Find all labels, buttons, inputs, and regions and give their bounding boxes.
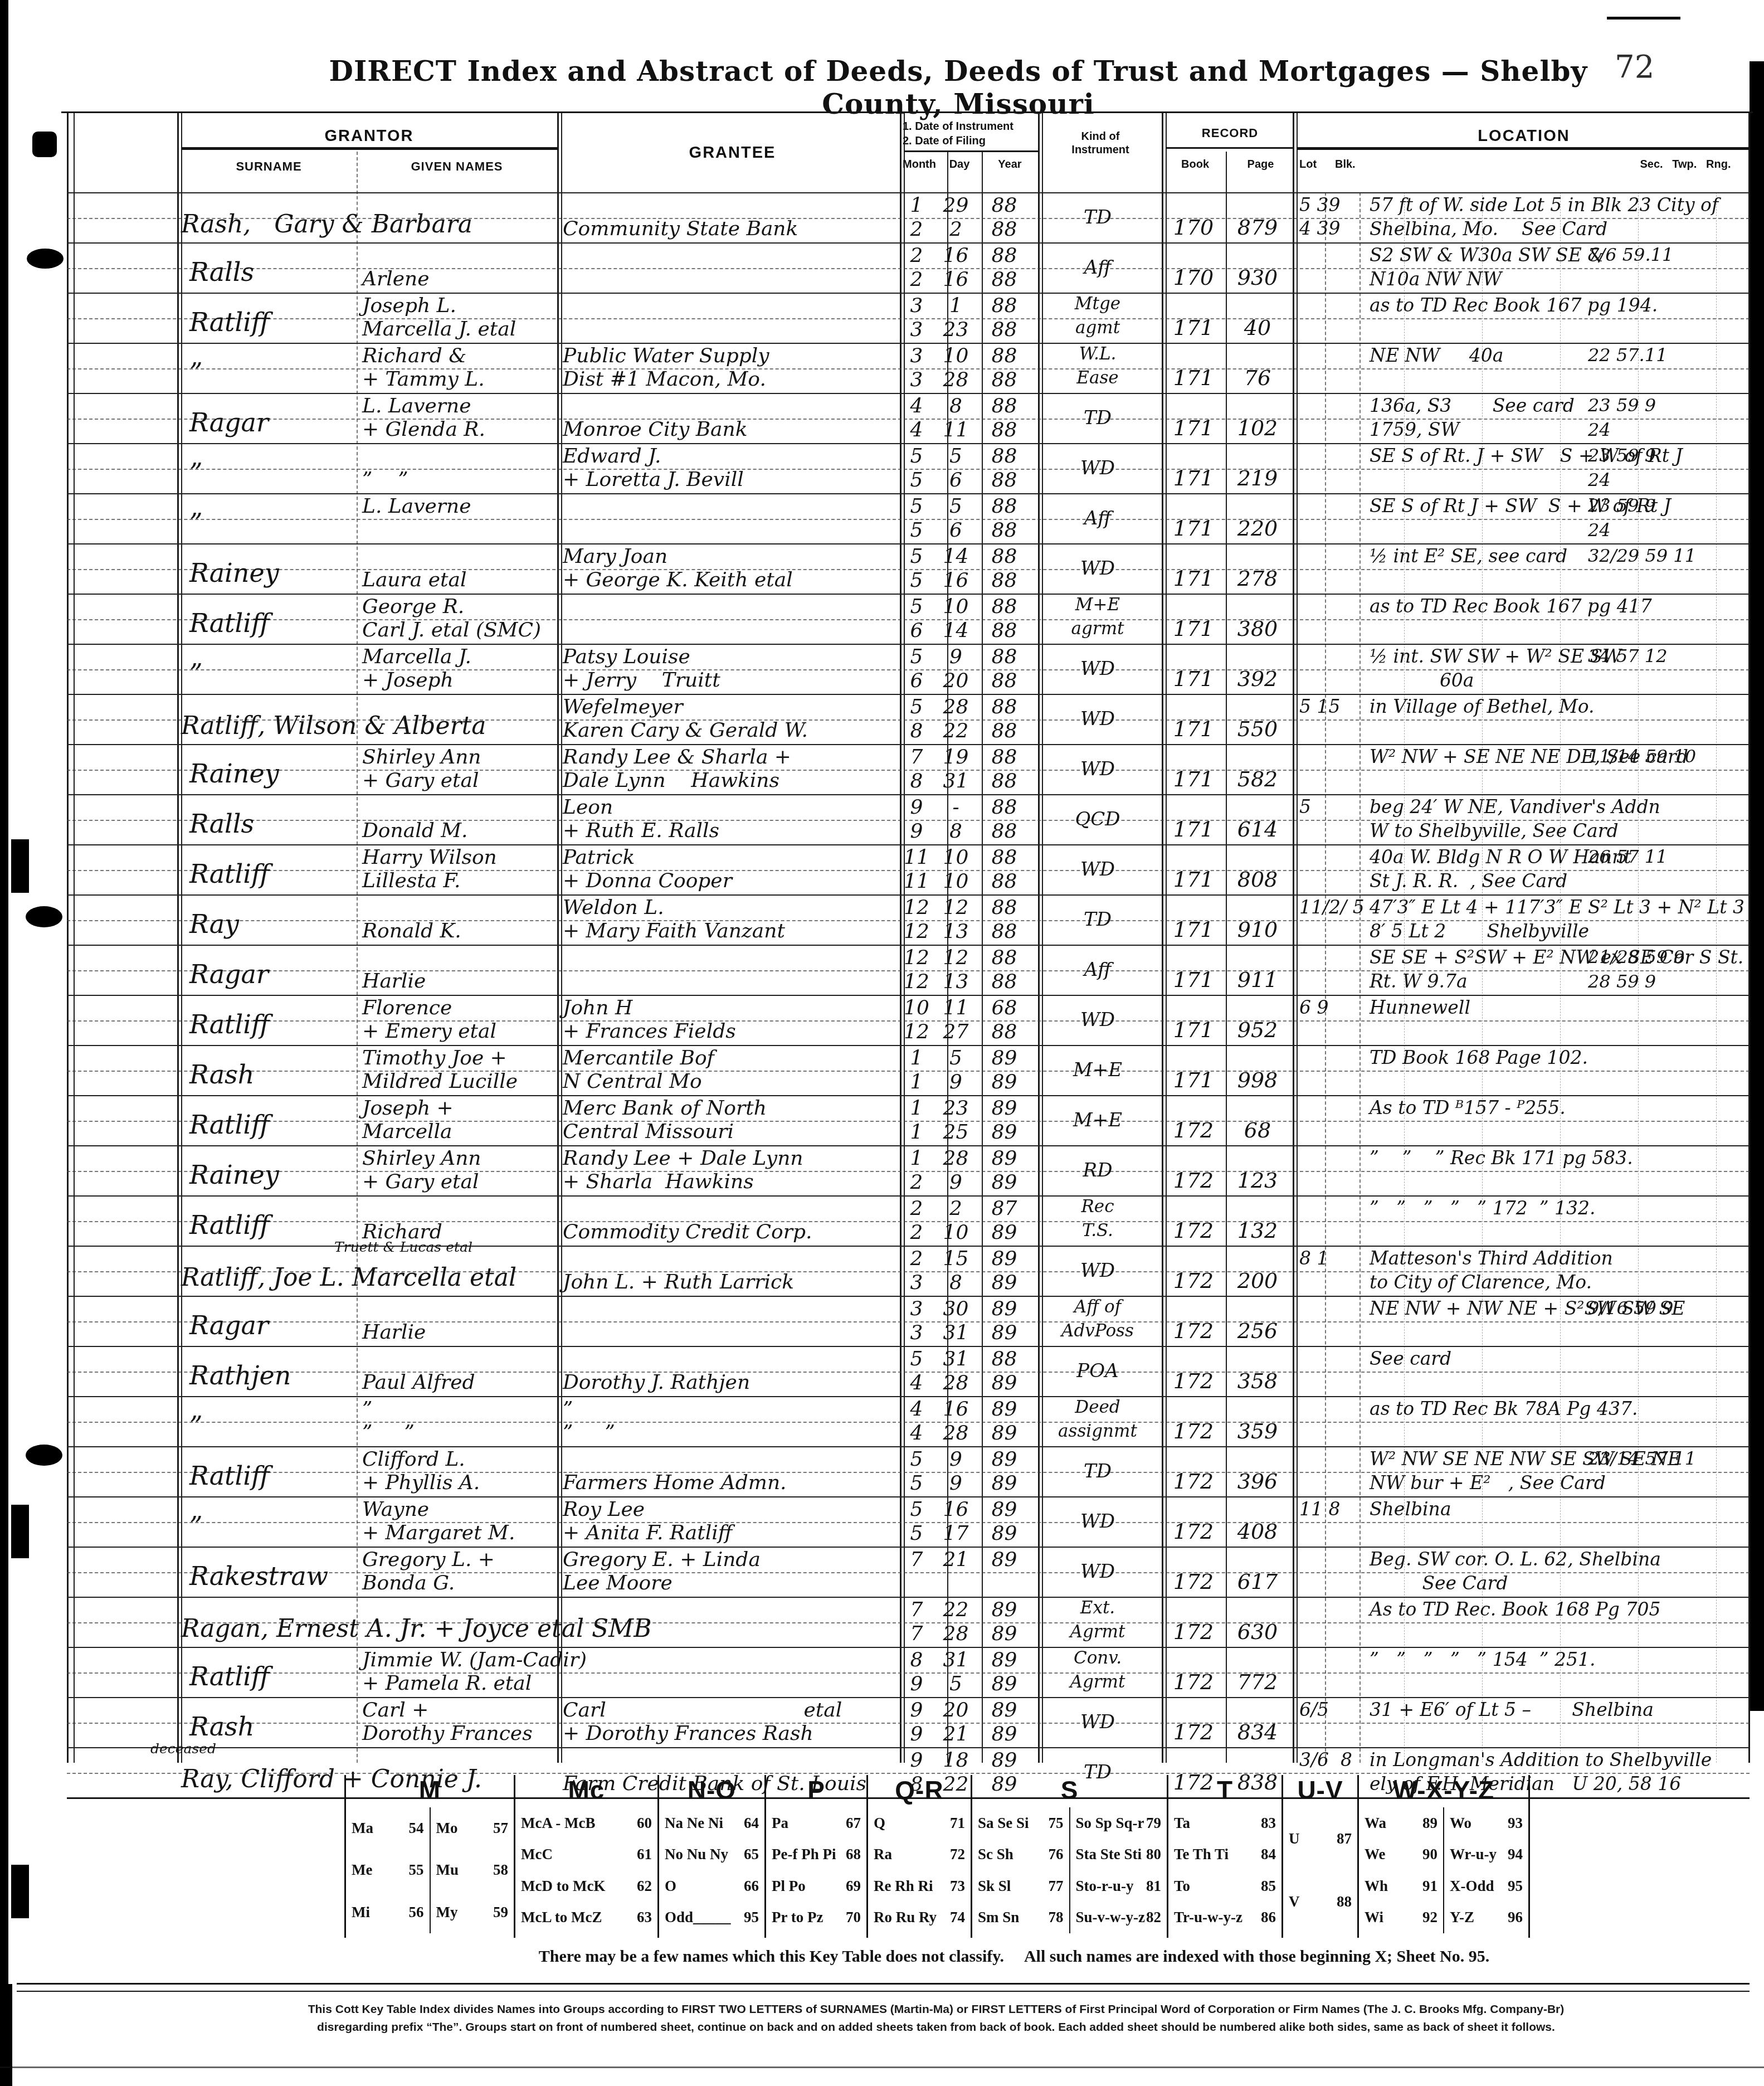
key-entry-range: Tr-u-w-y-z (1174, 1909, 1242, 1926)
key-entry-sheet-number: 87 (1337, 1830, 1352, 1847)
grantor-given-line1: George R. (362, 597, 464, 617)
grantor-given-line1: Florence (362, 998, 452, 1018)
key-entry: Mu 58 (431, 1861, 514, 1879)
date-instrument-month: 5 (900, 597, 933, 617)
record-book: 171 (1166, 919, 1221, 940)
record-page: 76 (1225, 367, 1290, 388)
grantor-surname: Ratliff (189, 1664, 270, 1689)
key-entry-sheet-number: 76 (1049, 1846, 1064, 1863)
grantee-line1: Randy Lee & Sharla + (563, 747, 791, 767)
sec-twp-rng-line1: 7/6 59.11 (1588, 246, 1764, 264)
date-instrument-year: 88 (981, 848, 1028, 868)
record-book: 172 (1166, 1370, 1221, 1392)
date-filing-year: 88 (981, 320, 1028, 340)
date-instrument-month: 9 (900, 798, 933, 818)
record-page: 359 (1225, 1421, 1290, 1442)
record-page: 617 (1225, 1571, 1290, 1592)
date-filing-month: 9 (900, 821, 933, 842)
grantor-given-line1: Shirley Ann (362, 1149, 481, 1169)
date-filing-year: 88 (981, 270, 1028, 290)
date-filing-year: 89 (981, 1373, 1028, 1393)
date-instrument-day: 16 (935, 1399, 977, 1419)
table-row: ” ” ” Edward J. + Loretta J. Bevill 5 5 … (67, 443, 1750, 493)
row-midline (67, 1221, 1750, 1222)
location-line1: As to TD Rec. Book 168 Pg 705 (1370, 1600, 1660, 1618)
date-filing-day: 28 (935, 1423, 977, 1443)
key-column: N-O Na Ne Ni 64 No Nu Ny 65 O (657, 1775, 764, 1938)
location-line2: 1759, SW (1370, 420, 1460, 439)
key-entry-sheet-number: 65 (744, 1846, 759, 1863)
sec-twp-rng-line1: 23 59 9 (1588, 497, 1764, 514)
location-line1: As to TD ᴮ157 - ᴾ255. (1370, 1098, 1566, 1117)
table-row: Ratliff Joseph + Marcella Merc Bank of N… (67, 1095, 1750, 1145)
grantor-given-line2: + Pamela R. etal (362, 1674, 532, 1694)
grantor-annotation-2: Truett & Lucas etal (334, 1240, 472, 1254)
grantor-given-line1: Carl + (362, 1700, 428, 1720)
date-filing-month: 1 (900, 1122, 933, 1142)
date-filing-day: 6 (935, 521, 977, 541)
key-subcolumn-left: Ma 54 Me 55 Mi 56 (346, 1807, 430, 1933)
date-instrument-year: 87 (981, 1199, 1028, 1219)
date-filing-month: 2 (900, 270, 933, 290)
grantee-line1: Randy Lee + Dale Lynn (563, 1149, 803, 1169)
date-filing-month: 3 (900, 1323, 933, 1343)
location-line1: beg 24′ W NE, Vandiver's Addn (1370, 798, 1660, 816)
key-entry: Pl Po 69 (766, 1878, 866, 1895)
table-row: Ratliff Harry Wilson Lillesta F. Patrick… (67, 844, 1750, 894)
punch-mark (26, 906, 62, 927)
location-line1: ½ int. SW SW + W² SE SW (1370, 647, 1621, 665)
grantor-surname: ” (189, 510, 203, 536)
date-instrument-month: 7 (900, 747, 933, 767)
key-column: P Pa 67 Pe-f Ph Pi 68 Pl Po 69 (764, 1775, 866, 1938)
key-entry: Re Rh Ri 73 (868, 1878, 971, 1895)
footer-text-line1: This Cott Key Table Index divides Names … (184, 2003, 1688, 2016)
grantor-given-line1: Wayne (362, 1500, 429, 1520)
date-filing-month: 8 (900, 771, 933, 791)
date-instrument-year: 88 (981, 948, 1028, 968)
key-subcolumn-right: Mo 57 Mu 58 My 59 (430, 1807, 514, 1933)
row-midline (67, 318, 1750, 319)
location-line2: St J. R. R. , See Card (1370, 872, 1567, 890)
row-midline (67, 519, 1750, 520)
key-entry: McA - McB 60 (515, 1815, 657, 1832)
grantee-line2: + Dorothy Frances Rash (563, 1724, 813, 1744)
key-entry-range: Wi (1365, 1909, 1383, 1926)
key-subcolumn-right: So Sp Sq-r 79 Sta Ste Sti 80 Sto-r-u-y 8… (1069, 1807, 1167, 1933)
date-filing-year: 89 (981, 1524, 1028, 1544)
location-line1: ” ” ” Rec Bk 171 pg 583. (1370, 1149, 1633, 1167)
key-entry-range: Pl Po (772, 1878, 806, 1895)
key-column: S Sa Se Si 75 Sc Sh 76 Sk Sl 7 (971, 1775, 1167, 1938)
kind-of-instrument: WD (1042, 559, 1153, 578)
grantor-surname: Ragar (189, 1312, 269, 1338)
grantor-given-line1: Clifford L. (362, 1450, 465, 1470)
col-given-names: GIVEN NAMES (357, 159, 557, 174)
table-row: Truett & Lucas etal Ratliff, Joe L. Marc… (67, 1246, 1750, 1296)
table-row: Rash Timothy Joe + Mildred Lucille Merca… (67, 1045, 1750, 1095)
grantor-given-line1: Joseph + (362, 1098, 454, 1119)
record-page: 998 (1225, 1069, 1290, 1091)
key-column-body: Sa Se Si 75 Sc Sh 76 Sk Sl 77 Sm Sn 78 (972, 1807, 1167, 1933)
record-page: 123 (1225, 1170, 1290, 1191)
table-row: Ratliff Richard Commodity Credit Corp. 2… (67, 1195, 1750, 1246)
date-filing-day: 9 (935, 1173, 977, 1193)
table-row: Ragan, Ernest A. Jr. + Joyce etal SMB 7 … (67, 1597, 1750, 1647)
grantor-given-line1: ” (362, 1399, 372, 1419)
date-instrument-year: 88 (981, 597, 1028, 617)
grantor-full-line2: Ratliff, Joe L. Marcella etal (181, 1266, 516, 1290)
table-header: GRANTOR SURNAME GIVEN NAMES GRANTEE 1. D… (67, 111, 1750, 192)
key-entry-range: Ma (352, 1820, 373, 1837)
key-entry-range: McC (521, 1846, 553, 1863)
key-entry-sheet-number: 68 (846, 1846, 861, 1863)
date-filing-year: 89 (981, 1474, 1028, 1494)
key-column: M Ma 54 Me 55 Mi 56 (346, 1775, 514, 1938)
date-filing-year: 88 (981, 621, 1028, 641)
row-midline (67, 770, 1750, 771)
key-entry-sheet-number: 84 (1261, 1846, 1276, 1863)
kind-of-instrument: QCD (1042, 810, 1153, 829)
date-instrument-day: 28 (935, 1149, 977, 1169)
kind-of-instrument: WD (1042, 1713, 1153, 1732)
grantee-line1: Carl etal (563, 1700, 842, 1720)
record-page: 408 (1225, 1521, 1290, 1542)
date-filing-day: 13 (935, 972, 977, 992)
date-instrument-day: 18 (935, 1751, 977, 1771)
key-subcolumn-left: McA - McB 60 McC 61 McD to McK 62 McL to… (515, 1807, 657, 1933)
key-column-body: Na Ne Ni 64 No Nu Ny 65 O 66 Odd_____ 95 (659, 1807, 764, 1933)
punch-mark (26, 1445, 62, 1466)
grantee-line1: Edward J. (563, 446, 661, 466)
date-instrument-day: 19 (935, 747, 977, 767)
grantee-line1: Roy Lee (563, 1500, 645, 1520)
key-entry-sheet-number: 67 (846, 1815, 861, 1832)
punch-mark (27, 249, 64, 269)
record-page: 40 (1225, 317, 1290, 338)
date-instrument-day: 1 (935, 296, 977, 316)
grantor-given-line2: Carl J. etal (SMC) (362, 620, 541, 640)
date-filing-month: 5 (900, 1524, 933, 1544)
table-row: Ratliff, Wilson & Alberta Wefelmeyer Kar… (67, 694, 1750, 744)
table-row: Rathjen Paul Alfred Dorothy J. Rathjen 5… (67, 1346, 1750, 1396)
location-line1: as to TD Rec Book 167 pg 417 (1370, 597, 1652, 615)
key-entry-sheet-number: 66 (744, 1878, 759, 1895)
key-entry: Ta 83 (1168, 1815, 1281, 1832)
key-column: U-V U 87 V 88 (1281, 1775, 1357, 1938)
date-filing-month: 7 (900, 1624, 933, 1644)
record-book: 171 (1166, 869, 1221, 890)
record-page: 396 (1225, 1471, 1290, 1492)
record-page: 278 (1225, 568, 1290, 589)
sec-twp-rng-line1: 21/28 59 9 (1588, 948, 1764, 966)
key-entry-range: Me (352, 1861, 372, 1879)
date-filing-year: 89 (981, 1072, 1028, 1092)
grantor-given-line1: Harry Wilson (362, 848, 497, 868)
key-entry-range: X-Odd (1450, 1878, 1494, 1895)
kind-line1: W.L. (1042, 346, 1153, 363)
key-entry: McC 61 (515, 1846, 657, 1863)
record-page: 614 (1225, 819, 1290, 840)
grantee-line2: + George K. Keith etal (563, 570, 793, 590)
grantor-given-line1: Gregory L. + (362, 1550, 495, 1570)
grantor-given-line2: Marcella J. etal (362, 319, 516, 339)
key-subcolumn-left: Na Ne Ni 64 No Nu Ny 65 O 66 Odd_____ 95 (659, 1807, 764, 1933)
key-column-header: W-X-Y-Z (1359, 1775, 1528, 1807)
key-entry-range: Te Th Ti (1174, 1846, 1229, 1863)
date-instrument-day: 10 (935, 848, 977, 868)
grantor-given-line1: Jimmie W. (Jam-Cadir) (362, 1650, 587, 1670)
grantee-line2: Dist #1 Macon, Mo. (563, 369, 766, 390)
grantee-line1: Public Water Supply (563, 346, 769, 366)
grantor-given-line2: Mildred Lucille (362, 1072, 518, 1092)
grantor-given-line2: Laura etal (362, 570, 466, 590)
record-book: 172 (1166, 1220, 1221, 1241)
key-entry-range: Y-Z (1450, 1909, 1474, 1926)
kind-of-instrument: WD (1042, 1010, 1153, 1029)
footer-text-line2: disregarding prefix “The”. Groups start … (184, 2021, 1688, 2034)
location-line1: as to TD Rec Bk 78A Pg 437. (1370, 1399, 1638, 1418)
key-entry-range: Pa (772, 1815, 788, 1832)
record-book: 171 (1166, 367, 1221, 388)
grantor-given-line2: + Joseph (362, 670, 454, 691)
key-subcolumn-left: Ta 83 Te Th Ti 84 To 85 Tr-u-w-y-z 86 (1168, 1807, 1281, 1933)
record-page: 630 (1225, 1621, 1290, 1642)
key-entry-sheet-number: 77 (1049, 1878, 1064, 1895)
location-line1: 47′3″ E Lt 4 + 117′3″ E S² Lt 3 + N² Lt … (1370, 898, 1744, 916)
record-page: 220 (1225, 518, 1290, 539)
grantee-line1: ” (563, 1399, 573, 1419)
table-row: Ratliff Joseph L. Marcella J. etal 3 1 8… (67, 293, 1750, 343)
col-day: Day (943, 158, 976, 171)
date-instrument-year: 88 (981, 898, 1028, 918)
key-entry-sheet-number: 96 (1508, 1909, 1523, 1926)
key-entry: Sto-r-u-y 81 (1070, 1878, 1167, 1895)
key-entry: Pr to Pz 70 (766, 1909, 866, 1926)
date-filing-day: 10 (935, 1223, 977, 1243)
grantor-surname: Ratliff (189, 1463, 270, 1489)
date-instrument-year: 89 (981, 1700, 1028, 1720)
grantor-surname: Ragar (189, 961, 269, 987)
date-instrument-year: 88 (981, 346, 1028, 366)
key-column-header: S (972, 1775, 1167, 1807)
date-filing-month: 8 (900, 721, 933, 741)
key-subcolumn-left: Pa 67 Pe-f Ph Pi 68 Pl Po 69 Pr to Pz 70 (766, 1807, 866, 1933)
key-entry-sheet-number: 95 (744, 1909, 759, 1926)
key-entry-sheet-number: 74 (950, 1909, 965, 1926)
table-row: Rainey Shirley Ann + Gary etal Randy Lee… (67, 744, 1750, 794)
date-filing-day: 9 (935, 1474, 977, 1494)
record-book: 171 (1166, 769, 1221, 790)
grantor-given-line1: Shirley Ann (362, 747, 481, 767)
key-column-body: Ta 83 Te Th Ti 84 To 85 Tr-u-w-y-z 86 (1168, 1807, 1281, 1933)
key-entry-range: U (1289, 1830, 1300, 1847)
grantor-surname: Ratliff (189, 861, 270, 887)
kind-line2: Agrmt (1042, 1623, 1153, 1641)
date-filing-year: 88 (981, 922, 1028, 942)
location-line2: NW bur + E² , See Card (1370, 1474, 1606, 1492)
grantor-full-line2: Rash, Gary & Barbara (181, 212, 472, 237)
grantor-given-line2: Donald M. (362, 821, 468, 841)
kind-of-instrument: WD (1042, 1512, 1153, 1531)
key-entry-range: Ro Ru Ry (874, 1909, 937, 1926)
kind-of-instrument: WD (1042, 760, 1153, 779)
grantee-line2: Dale Lynn Hawkins (563, 771, 779, 791)
date-filing-year: 89 (981, 1223, 1028, 1243)
col-date-instrument: 1. Date of Instrument (903, 120, 1039, 133)
grantee-line2: Dorothy J. Rathjen (563, 1373, 750, 1393)
record-page: 132 (1225, 1220, 1290, 1241)
date-instrument-month: 2 (900, 1199, 933, 1219)
key-entry-sheet-number: 80 (1146, 1846, 1161, 1863)
date-filing-month: 2 (900, 1173, 933, 1193)
col-kind1: Kind of (1042, 130, 1159, 143)
grantor-surname: Ratliff (189, 1012, 270, 1037)
key-entry-range: So Sp Sq-r (1076, 1815, 1144, 1832)
sec-twp-rng-line2: 24 (1588, 521, 1764, 539)
grantee-line2: Farmers Home Admn. (563, 1473, 787, 1493)
key-column-header: N-O (659, 1775, 764, 1807)
date-instrument-year: 88 (981, 798, 1028, 818)
date-filing-year: 89 (981, 1273, 1028, 1293)
grantee-line2: + Donna Cooper (563, 871, 732, 891)
grantor-given-line1: Timothy Joe + (362, 1048, 507, 1068)
row-midline (67, 569, 1750, 570)
key-entry-sheet-number: 94 (1508, 1846, 1523, 1863)
table-row: Rainey Laura etal Mary Joan + George K. … (67, 543, 1750, 594)
date-instrument-month: 12 (900, 898, 933, 918)
grantee-line2: Central Missouri (563, 1122, 734, 1142)
date-filing-day: 27 (935, 1022, 977, 1042)
sec-twp-rng-line1: 23 59 9 (1588, 446, 1764, 464)
date-filing-year: 89 (981, 1724, 1028, 1744)
table-row: Ratliff George R. Carl J. etal (SMC) 5 1… (67, 594, 1750, 644)
date-instrument-year: 88 (981, 246, 1028, 266)
row-midline (67, 1121, 1750, 1122)
location-line1: 31 + E6′ of Lt 5 – Shelbina (1370, 1700, 1654, 1719)
date-filing-year: 89 (981, 1323, 1028, 1343)
key-table: M Ma 54 Me 55 Mi 56 (344, 1775, 1530, 1938)
sec-twp-rng-line2: 28 59 9 (1588, 973, 1764, 990)
key-column: W-X-Y-Z Wa 89 We 90 Wh 91 (1357, 1775, 1528, 1938)
footer-rule-2 (17, 1991, 1750, 1992)
key-entry-range: We (1365, 1846, 1386, 1863)
grantor-given-line1: Marcella J. (362, 647, 471, 667)
date-filing-year: 88 (981, 420, 1028, 440)
key-entry-sheet-number: 92 (1422, 1909, 1437, 1926)
key-entry-range: Sc Sh (978, 1846, 1013, 1863)
date-instrument-year: 88 (981, 497, 1028, 517)
table-row: Ragar Harlie 12 12 88 12 13 88 Aff 171 9… (67, 945, 1750, 995)
date-filing-day: 10 (935, 872, 977, 892)
grantor-surname: Ratliff (189, 309, 270, 335)
key-entry-sheet-number: 64 (744, 1815, 759, 1832)
key-column-header: M (346, 1775, 514, 1807)
col-month: Month (900, 158, 939, 171)
key-entry: Wr-u-y 94 (1444, 1846, 1528, 1863)
location-line1: S2 SW & W30a SW SE & (1370, 246, 1604, 264)
table-row: Ralls Donald M. Leon + Ruth E. Ralls 9 -… (67, 794, 1750, 844)
grantor-surname: Ragar (189, 410, 269, 435)
kind-line2: agrmt (1042, 620, 1153, 638)
table-row: Rash Carl + Dorothy Frances Carl etal + … (67, 1697, 1750, 1747)
record-book: 170 (1166, 217, 1221, 238)
record-book: 171 (1166, 468, 1221, 489)
key-entry: Y-Z 96 (1444, 1909, 1528, 1926)
sec-twp-rng-line1: 23/14 57 11 (1588, 1450, 1764, 1467)
key-entry-sheet-number: 89 (1422, 1815, 1437, 1832)
key-entry-range: Wo (1450, 1815, 1471, 1832)
grantee-line1: Gregory E. + Linda (563, 1550, 761, 1570)
key-column-body: Q 71 Ra 72 Re Rh Ri 73 Ro Ru Ry 74 (868, 1807, 971, 1933)
grantor-surname: Rainey (189, 1162, 279, 1188)
key-entry-sheet-number: 69 (846, 1878, 861, 1895)
grantee-line1: Mary Joan (563, 547, 667, 567)
key-entry-sheet-number: 91 (1422, 1878, 1437, 1895)
key-entry-range: Ta (1174, 1815, 1190, 1832)
record-page: 911 (1225, 969, 1290, 990)
table-row: ” ” ” ” ” ” ” 4 16 89 4 28 89 Deed assig… (67, 1396, 1750, 1446)
ledger-rows: Rash, Gary & Barbara Community State Ban… (67, 192, 1750, 1799)
col-record: RECORD (1167, 126, 1293, 140)
key-entry-sheet-number: 73 (950, 1878, 965, 1895)
record-book: 172 (1166, 1471, 1221, 1492)
row-midline (67, 1672, 1750, 1674)
key-entry-sheet-number: 55 (409, 1861, 424, 1879)
key-entry: Wa 89 (1359, 1815, 1443, 1832)
date-filing-year: 89 (981, 1624, 1028, 1644)
location-line2: 8′ 5 Lt 2 Shelbyville (1370, 922, 1589, 940)
sec-twp-rng-line1: 9/16 59 9 (1588, 1299, 1764, 1317)
record-book: 171 (1166, 819, 1221, 840)
punch-mark (11, 1865, 29, 1918)
grantor-given-line1: L. Laverne (362, 396, 471, 416)
sec-twp-rng-line1: 32/29 59 11 (1588, 547, 1764, 565)
kind-of-instrument: WD (1042, 860, 1153, 879)
key-entry-range: My (436, 1904, 458, 1921)
key-entry: U 87 (1283, 1830, 1357, 1847)
sec-twp-rng-line1: 34 57 12 (1588, 647, 1764, 665)
record-page: 380 (1225, 618, 1290, 639)
record-book: 171 (1166, 668, 1221, 689)
key-entry-range: Wh (1365, 1878, 1388, 1895)
grantor-full-line2: Ratliff, Wilson & Alberta (181, 714, 486, 738)
date-instrument-month: 11 (900, 848, 933, 868)
date-filing-day: 8 (935, 1273, 977, 1293)
key-entry: Su-v-w-y-z 82 (1070, 1909, 1167, 1926)
kind-of-instrument: Aff (1042, 960, 1153, 979)
date-instrument-year: 89 (981, 1650, 1028, 1670)
date-filing-month: 9 (900, 1724, 933, 1744)
date-instrument-month: 5 (900, 497, 933, 517)
col-book: Book (1167, 158, 1223, 171)
key-entry-range: Sta Ste Sti (1076, 1846, 1142, 1863)
grantor-surname: Ratliff (189, 610, 270, 636)
col-year: Year (986, 158, 1034, 171)
key-entry-range: O (665, 1878, 676, 1895)
date-instrument-month: 5 (900, 1450, 933, 1470)
date-instrument-year: 88 (981, 697, 1028, 717)
record-book: 171 (1166, 969, 1221, 990)
date-instrument-month: 5 (900, 547, 933, 567)
location-line2: 60a (1370, 671, 1474, 689)
key-column-body: Ma 54 Me 55 Mi 56 Mo (346, 1807, 514, 1933)
record-page: 952 (1225, 1019, 1290, 1040)
kind-line1: Mtge (1042, 295, 1153, 313)
kind-of-instrument: WD (1042, 459, 1153, 478)
key-subcolumn-left: U 87 V 88 (1283, 1807, 1357, 1933)
record-page: 256 (1225, 1320, 1290, 1341)
